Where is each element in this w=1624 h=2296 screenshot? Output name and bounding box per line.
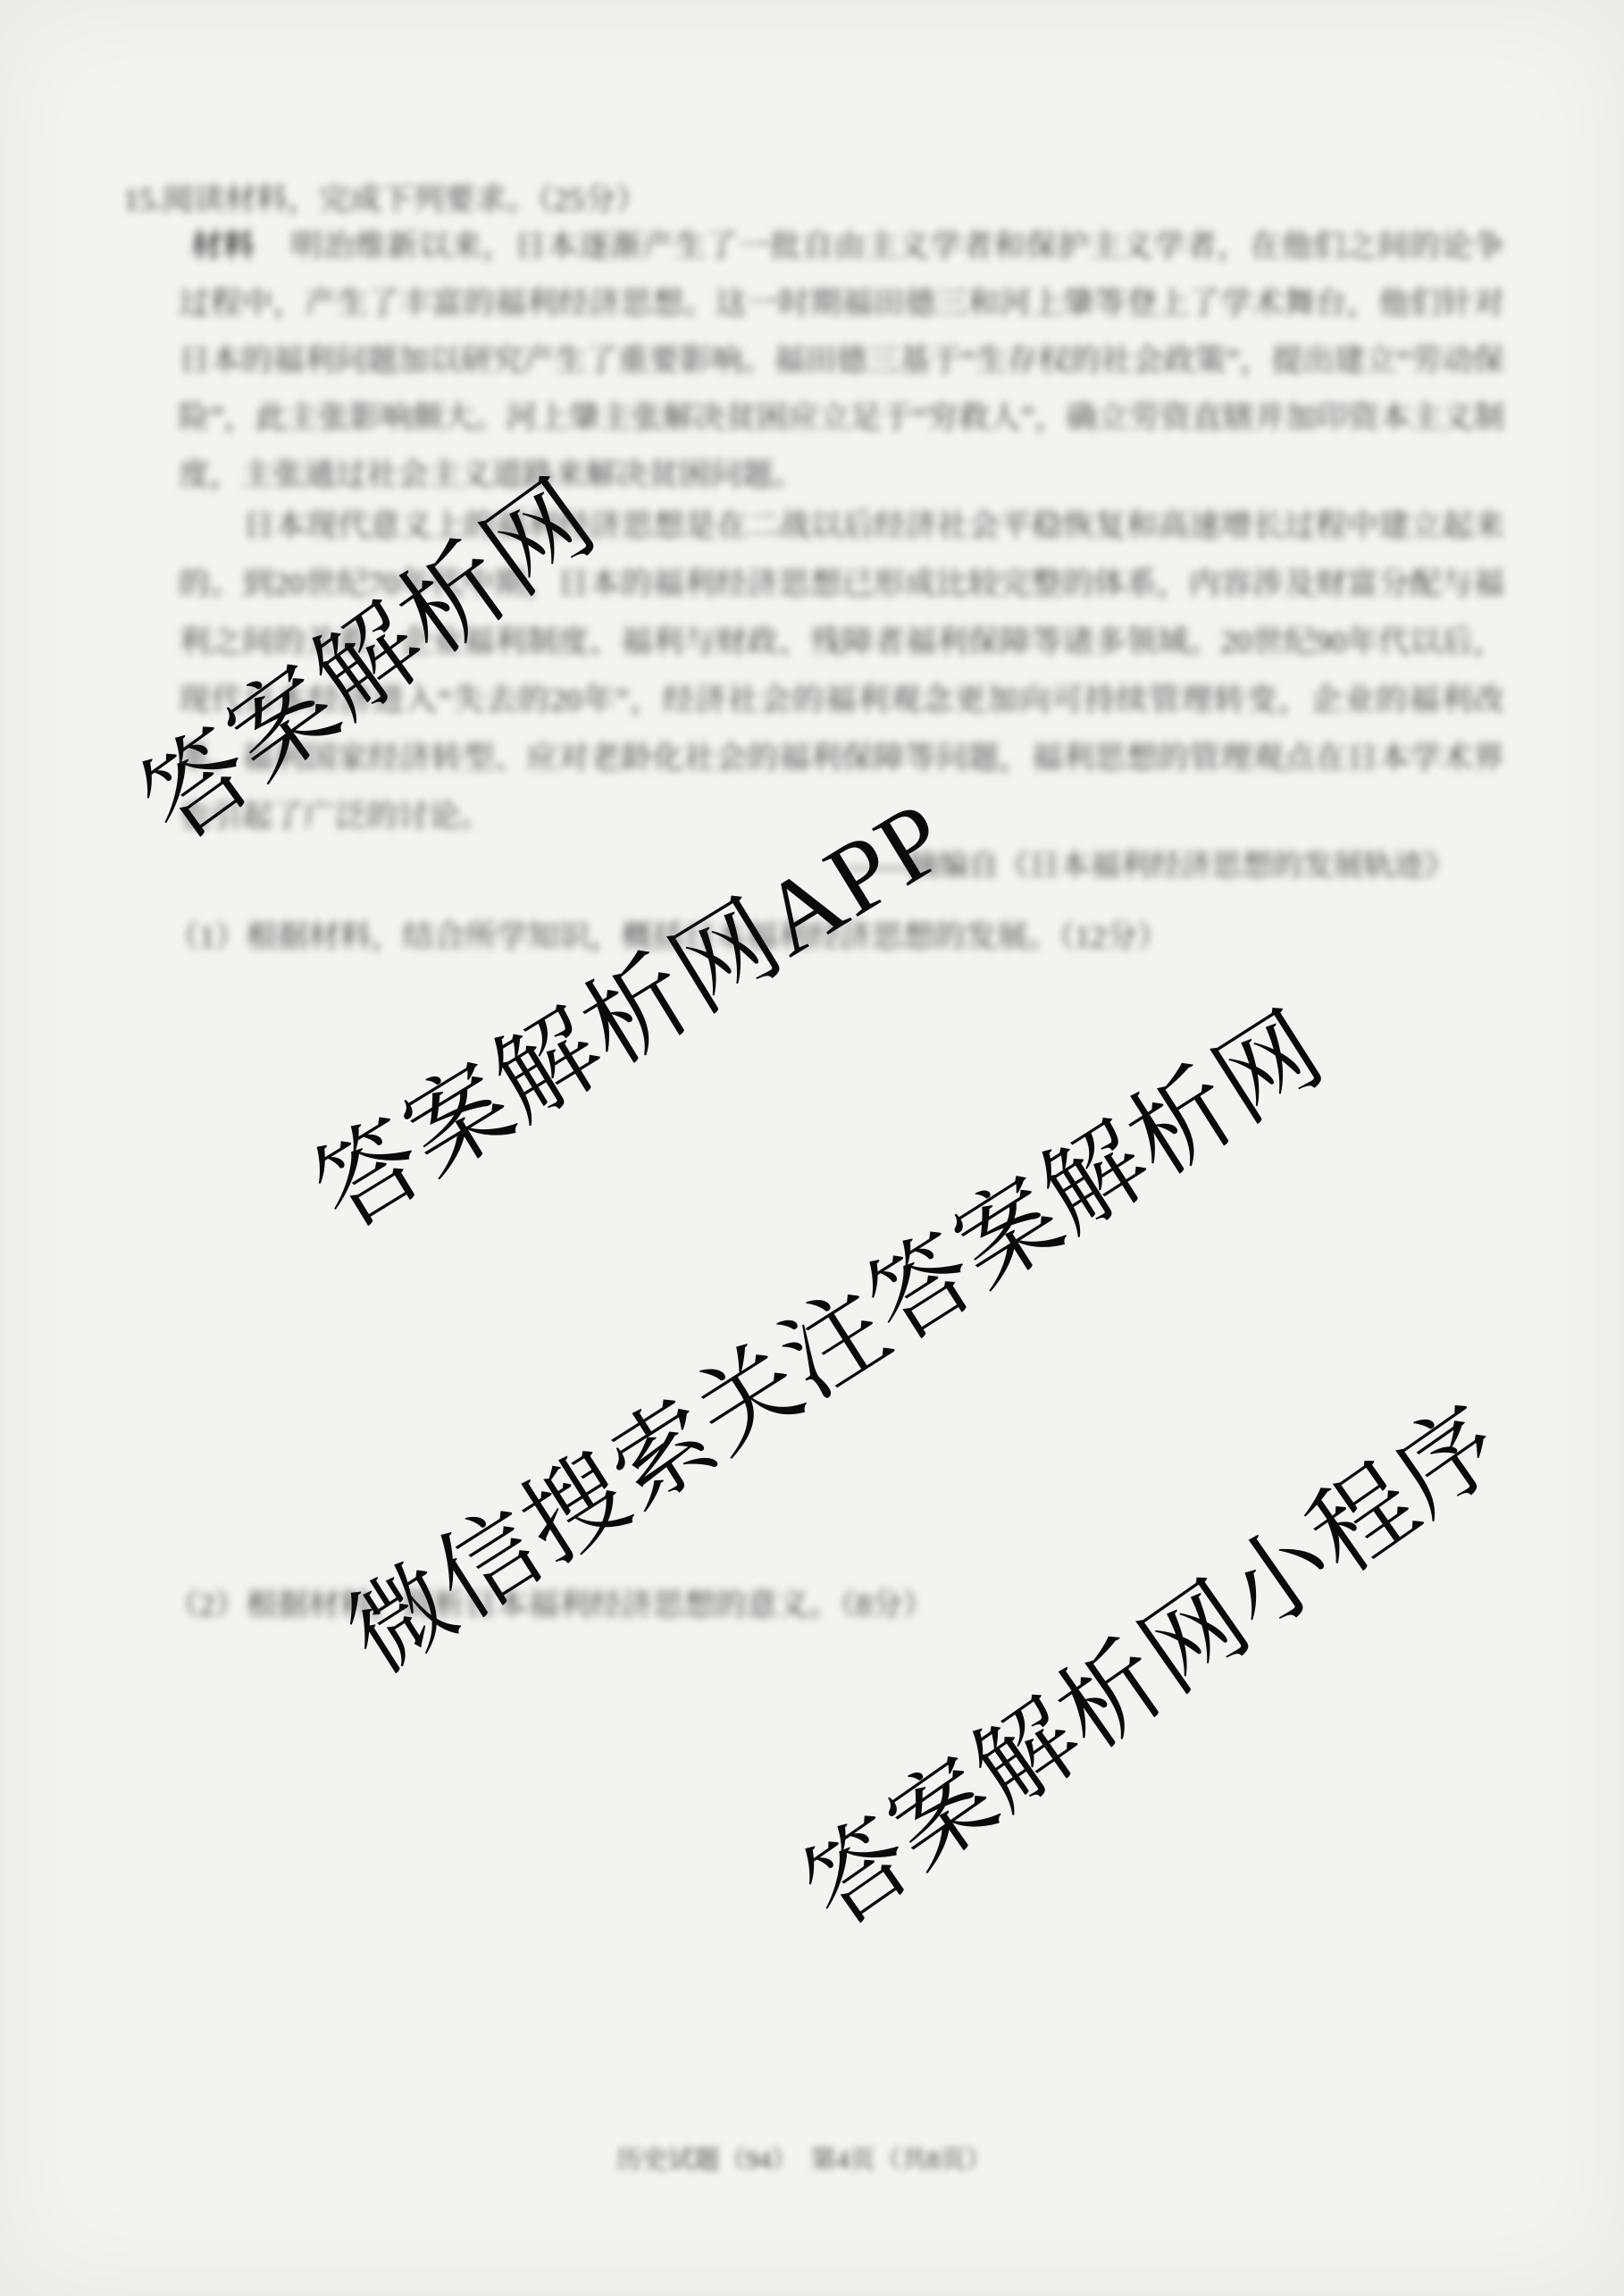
sub-question-1: （1）根据材料，结合所学知识，概括日本福利经济思想的发展。（12分）: [168, 917, 1168, 958]
sub-question-2: （2）根据材料，简析日本福利经济思想的意义。（8分）: [168, 1585, 934, 1626]
material-label: 材料: [191, 229, 255, 264]
material-paragraph-1-text: 明治维新以来，日本逐渐产生了一批自由主义学者和保护主义学者，在他们之间的论争过程…: [179, 229, 1504, 492]
source-attribution: ——摘编自《日本福利经济思想的发展轨迹》: [847, 847, 1454, 886]
page-footer: 历史试题（94） 第4页（共8页）: [523, 2142, 1085, 2178]
watermark-mini-program: 答案解析网小程序: [771, 1364, 1528, 1954]
material-paragraph-2: 日本现代意义上的福利经济思想是在二战以后经济社会平稳恢复和高速增长过程中建立起来…: [179, 497, 1504, 845]
question-15-header: 15.阅读材料，完成下列要求。（25分）: [123, 180, 647, 220]
material-paragraph-1: 材料明治维新以来，日本逐渐产生了一批自由主义学者和保护主义学者，在他们之间的论争…: [179, 218, 1504, 504]
scanned-exam-page: 15.阅读材料，完成下列要求。（25分） 材料明治维新以来，日本逐渐产生了一批自…: [0, 0, 1624, 2296]
